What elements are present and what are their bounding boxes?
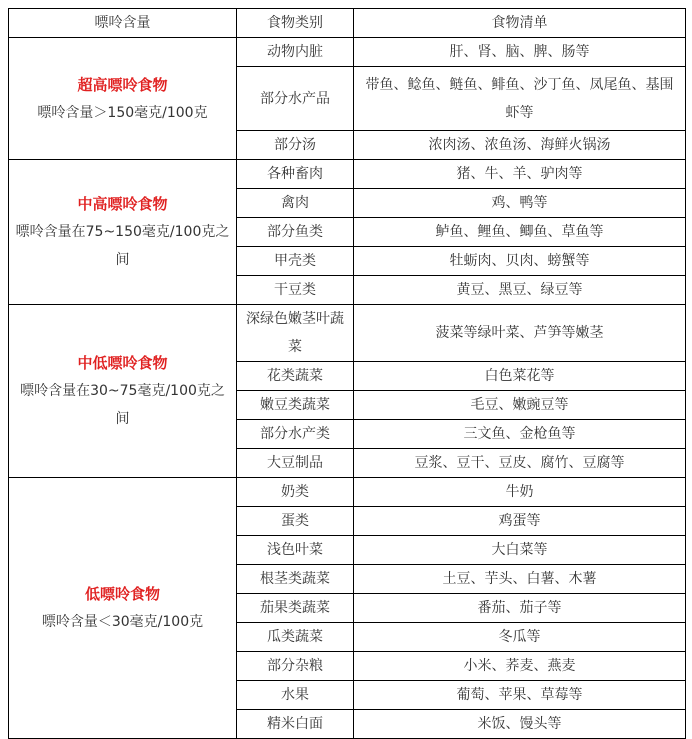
food-category: 水果 xyxy=(237,681,354,710)
food-category: 部分汤 xyxy=(237,131,354,160)
food-category: 部分水产品 xyxy=(237,67,354,131)
food-list: 黄豆、黑豆、绿豆等 xyxy=(354,276,686,305)
food-list: 浓肉汤、浓鱼汤、海鲜火锅汤 xyxy=(354,131,686,160)
food-category: 浅色叶菜 xyxy=(237,536,354,565)
food-list: 米饭、馒头等 xyxy=(354,710,686,739)
food-category: 奶类 xyxy=(237,478,354,507)
level-cell-medium-high: 中高嘌呤食物 嘌呤含量在75~150毫克/100克之间 xyxy=(9,160,237,305)
food-list: 牡蛎肉、贝肉、螃蟹等 xyxy=(354,247,686,276)
food-list: 豆浆、豆干、豆皮、腐竹、豆腐等 xyxy=(354,449,686,478)
food-list: 白色菜花等 xyxy=(354,362,686,391)
header-food-list: 食物清单 xyxy=(354,9,686,38)
food-category: 甲壳类 xyxy=(237,247,354,276)
food-list: 肝、肾、脑、脾、肠等 xyxy=(354,38,686,67)
food-list: 冬瓜等 xyxy=(354,623,686,652)
food-list: 菠菜等绿叶菜、芦笋等嫩茎 xyxy=(354,305,686,362)
level-range: 嘌呤含量在30~75毫克/100克之间 xyxy=(15,377,230,433)
food-list: 鸡蛋等 xyxy=(354,507,686,536)
food-category: 禽肉 xyxy=(237,189,354,218)
table-row: 低嘌呤食物 嘌呤含量＜30毫克/100克 奶类 牛奶 xyxy=(9,478,686,507)
table-row: 中高嘌呤食物 嘌呤含量在75~150毫克/100克之间 各种畜肉 猪、牛、羊、驴… xyxy=(9,160,686,189)
level-name: 中高嘌呤食物 xyxy=(15,190,230,218)
food-list: 鲈鱼、鲤鱼、鲫鱼、草鱼等 xyxy=(354,218,686,247)
food-category: 动物内脏 xyxy=(237,38,354,67)
food-category: 精米白面 xyxy=(237,710,354,739)
food-list: 猪、牛、羊、驴肉等 xyxy=(354,160,686,189)
header-food-category: 食物类别 xyxy=(237,9,354,38)
food-category: 花类蔬菜 xyxy=(237,362,354,391)
food-category: 部分水产类 xyxy=(237,420,354,449)
level-range: 嘌呤含量＞150毫克/100克 xyxy=(15,99,230,127)
food-list: 大白菜等 xyxy=(354,536,686,565)
level-name: 中低嘌呤食物 xyxy=(15,349,230,377)
level-cell-low: 低嘌呤食物 嘌呤含量＜30毫克/100克 xyxy=(9,478,237,739)
food-category: 大豆制品 xyxy=(237,449,354,478)
food-category: 部分杂粮 xyxy=(237,652,354,681)
food-list: 葡萄、苹果、草莓等 xyxy=(354,681,686,710)
table-row: 超高嘌呤食物 嘌呤含量＞150毫克/100克 动物内脏 肝、肾、脑、脾、肠等 xyxy=(9,38,686,67)
food-list: 三文鱼、金枪鱼等 xyxy=(354,420,686,449)
food-category: 干豆类 xyxy=(237,276,354,305)
food-category: 根茎类蔬菜 xyxy=(237,565,354,594)
level-cell-medium-low: 中低嘌呤食物 嘌呤含量在30~75毫克/100克之间 xyxy=(9,305,237,478)
header-purine-content: 嘌呤含量 xyxy=(9,9,237,38)
food-list: 毛豆、嫩豌豆等 xyxy=(354,391,686,420)
food-list: 带鱼、鲶鱼、鲢鱼、鲱鱼、沙丁鱼、凤尾鱼、基围虾等 xyxy=(354,67,686,131)
food-category: 深绿色嫩茎叶蔬菜 xyxy=(237,305,354,362)
food-list: 小米、荞麦、燕麦 xyxy=(354,652,686,681)
food-list: 番茄、茄子等 xyxy=(354,594,686,623)
food-category: 茄果类蔬菜 xyxy=(237,594,354,623)
food-category: 部分鱼类 xyxy=(237,218,354,247)
table-row: 中低嘌呤食物 嘌呤含量在30~75毫克/100克之间 深绿色嫩茎叶蔬菜 菠菜等绿… xyxy=(9,305,686,362)
level-cell-very-high: 超高嘌呤食物 嘌呤含量＞150毫克/100克 xyxy=(9,38,237,160)
food-category: 瓜类蔬菜 xyxy=(237,623,354,652)
level-range: 嘌呤含量在75~150毫克/100克之间 xyxy=(15,218,230,274)
level-name: 超高嘌呤食物 xyxy=(15,71,230,99)
purine-food-table: 嘌呤含量 食物类别 食物清单 超高嘌呤食物 嘌呤含量＞150毫克/100克 动物… xyxy=(8,8,686,739)
level-name: 低嘌呤食物 xyxy=(15,580,230,608)
food-category: 各种畜肉 xyxy=(237,160,354,189)
food-list: 鸡、鸭等 xyxy=(354,189,686,218)
food-list: 土豆、芋头、白薯、木薯 xyxy=(354,565,686,594)
header-row: 嘌呤含量 食物类别 食物清单 xyxy=(9,9,686,38)
food-list: 牛奶 xyxy=(354,478,686,507)
level-range: 嘌呤含量＜30毫克/100克 xyxy=(15,608,230,636)
food-category: 蛋类 xyxy=(237,507,354,536)
food-category: 嫩豆类蔬菜 xyxy=(237,391,354,420)
